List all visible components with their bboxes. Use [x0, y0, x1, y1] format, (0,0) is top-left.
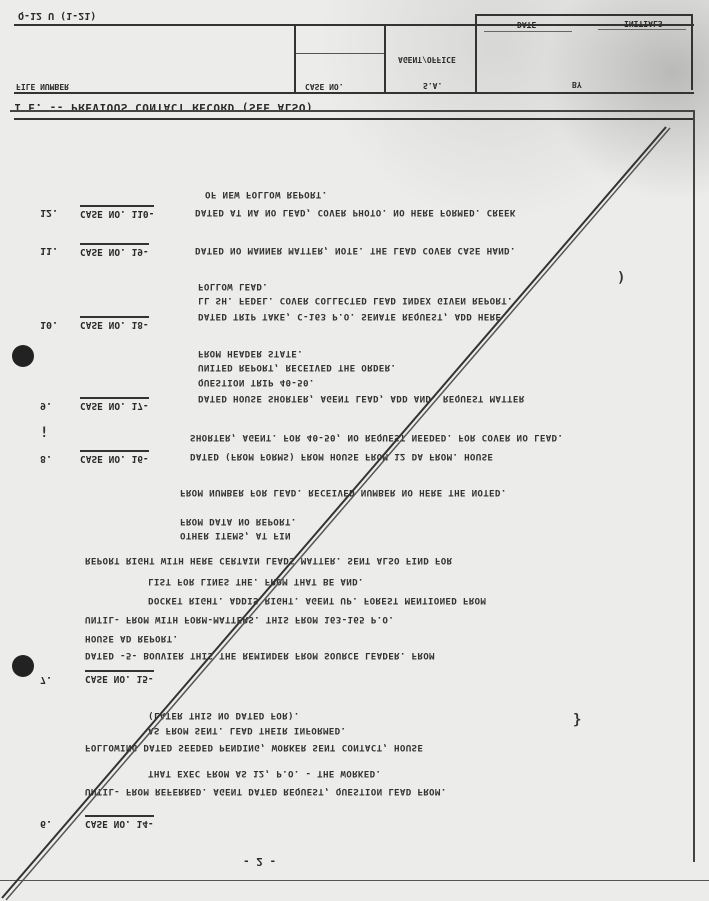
cross-out-line: [0, 0, 709, 901]
scanned-page: Q-12 U (1-21) FILE NUMBER CASE NO. AGENT…: [0, 0, 709, 901]
